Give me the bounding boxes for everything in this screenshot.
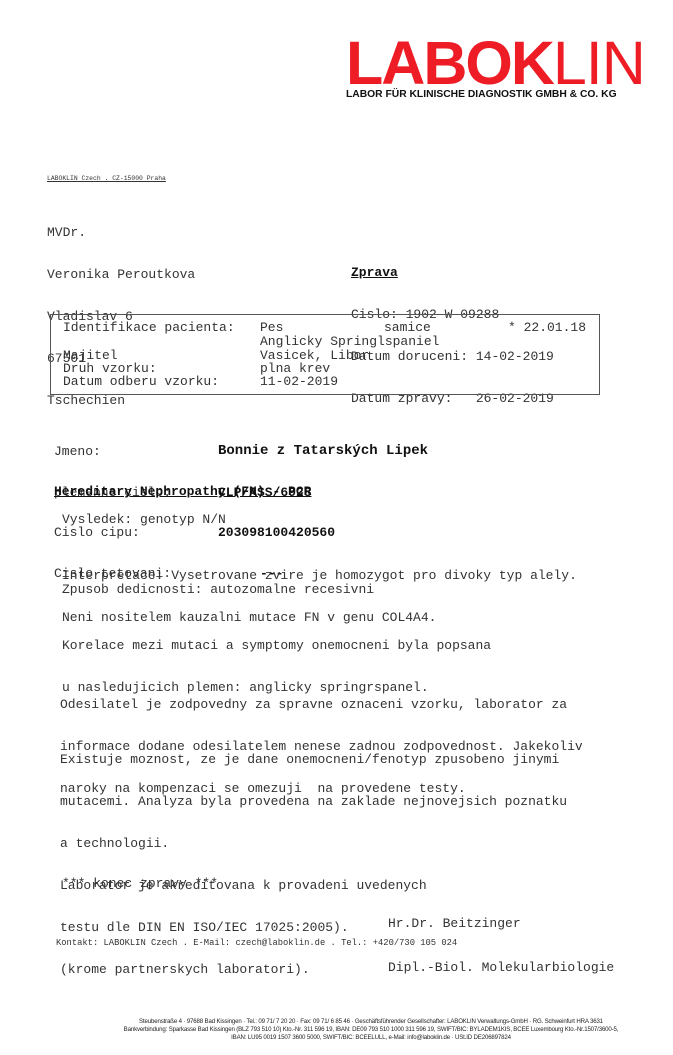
recipient-line: Veronika Peroutkova xyxy=(47,268,195,282)
sample-date: 11-02-2019 xyxy=(260,375,338,388)
disclaimer-line: a technologii. xyxy=(60,837,567,851)
signature-name: Hr.Dr. Beitzinger xyxy=(388,917,614,932)
interpretation-line: Interpretace: Vysetrovane zvire je homoz… xyxy=(62,569,577,583)
patient-birth-date: * 22.01.18 xyxy=(508,321,586,334)
test-result: Vysledek: genotyp N/N xyxy=(62,513,226,527)
signature-title: Dipl.-Biol. Molekularbiologie xyxy=(388,961,614,976)
correlation-line: Korelace mezi mutaci a symptomy onemocne… xyxy=(62,639,491,653)
patient-species: Pes xyxy=(260,321,283,334)
patient-breed: Anglicky Springlspaniel xyxy=(260,335,439,348)
test-title: Hereditary Nephropathy (FN) - PCR xyxy=(54,484,311,499)
sample-date-label: Datum odberu vzorku: xyxy=(63,375,219,388)
end-of-report: *** konec zpravy *** xyxy=(62,876,218,891)
recipient-line: MVDr. xyxy=(47,226,195,240)
dog-chip-label: Cislo cipu: xyxy=(54,526,171,540)
patient-id-label: Identifikace pacienta: xyxy=(63,321,235,334)
logo-subtitle: LABOR FÜR KLINISCHE DIAGNOSTIK GMBH & CO… xyxy=(346,89,636,100)
dog-chip: 203098100420560 xyxy=(218,526,428,540)
dog-name: Bonnie z Tatarských Lipek xyxy=(218,445,428,459)
laboklin-logo: LABOKLIN LABOR FÜR KLINISCHE DIAGNOSTIK … xyxy=(346,36,636,100)
test-inheritance: Zpusob dedicnosti: autozomalne recesivni xyxy=(62,583,374,597)
sender-address-line: LABOKLIN Czech . CZ-15000 Praha xyxy=(47,175,166,182)
recipient-line: Tschechien xyxy=(47,394,195,408)
logo-text-bold: LABOK xyxy=(346,29,553,97)
footer-line: Bankverbindung: Sparkasse Bad Kissingen … xyxy=(76,1026,666,1034)
footer-line: Steubenstraße 4 · 97688 Bad Kissingen · … xyxy=(76,1018,666,1026)
logo-text-light: LIN xyxy=(553,29,645,97)
contact-line: Kontakt: LABOKLIN Czech . E-Mail: czech@… xyxy=(56,938,457,948)
disclaimer-line: mutacemi. Analyza byla provedena na zakl… xyxy=(60,795,567,809)
dog-name-label: Jmeno: xyxy=(54,445,171,459)
disclaimer-line: Existuje moznost, ze je dane onemocneni/… xyxy=(60,753,567,767)
disclaimer-line: Odesilatel je zodpovedny za spravne ozna… xyxy=(60,698,583,712)
company-footer: Steubenstraße 4 · 97688 Bad Kissingen · … xyxy=(76,1018,666,1042)
patient-identification-box: Identifikace pacienta: Pes samice * 22.0… xyxy=(50,314,600,395)
patient-sex: samice xyxy=(384,321,431,334)
footer-line: IBAN: LU95 0019 1507 3600 5000, SWIFT/BI… xyxy=(76,1034,666,1042)
report-title: Zprava xyxy=(351,266,554,280)
